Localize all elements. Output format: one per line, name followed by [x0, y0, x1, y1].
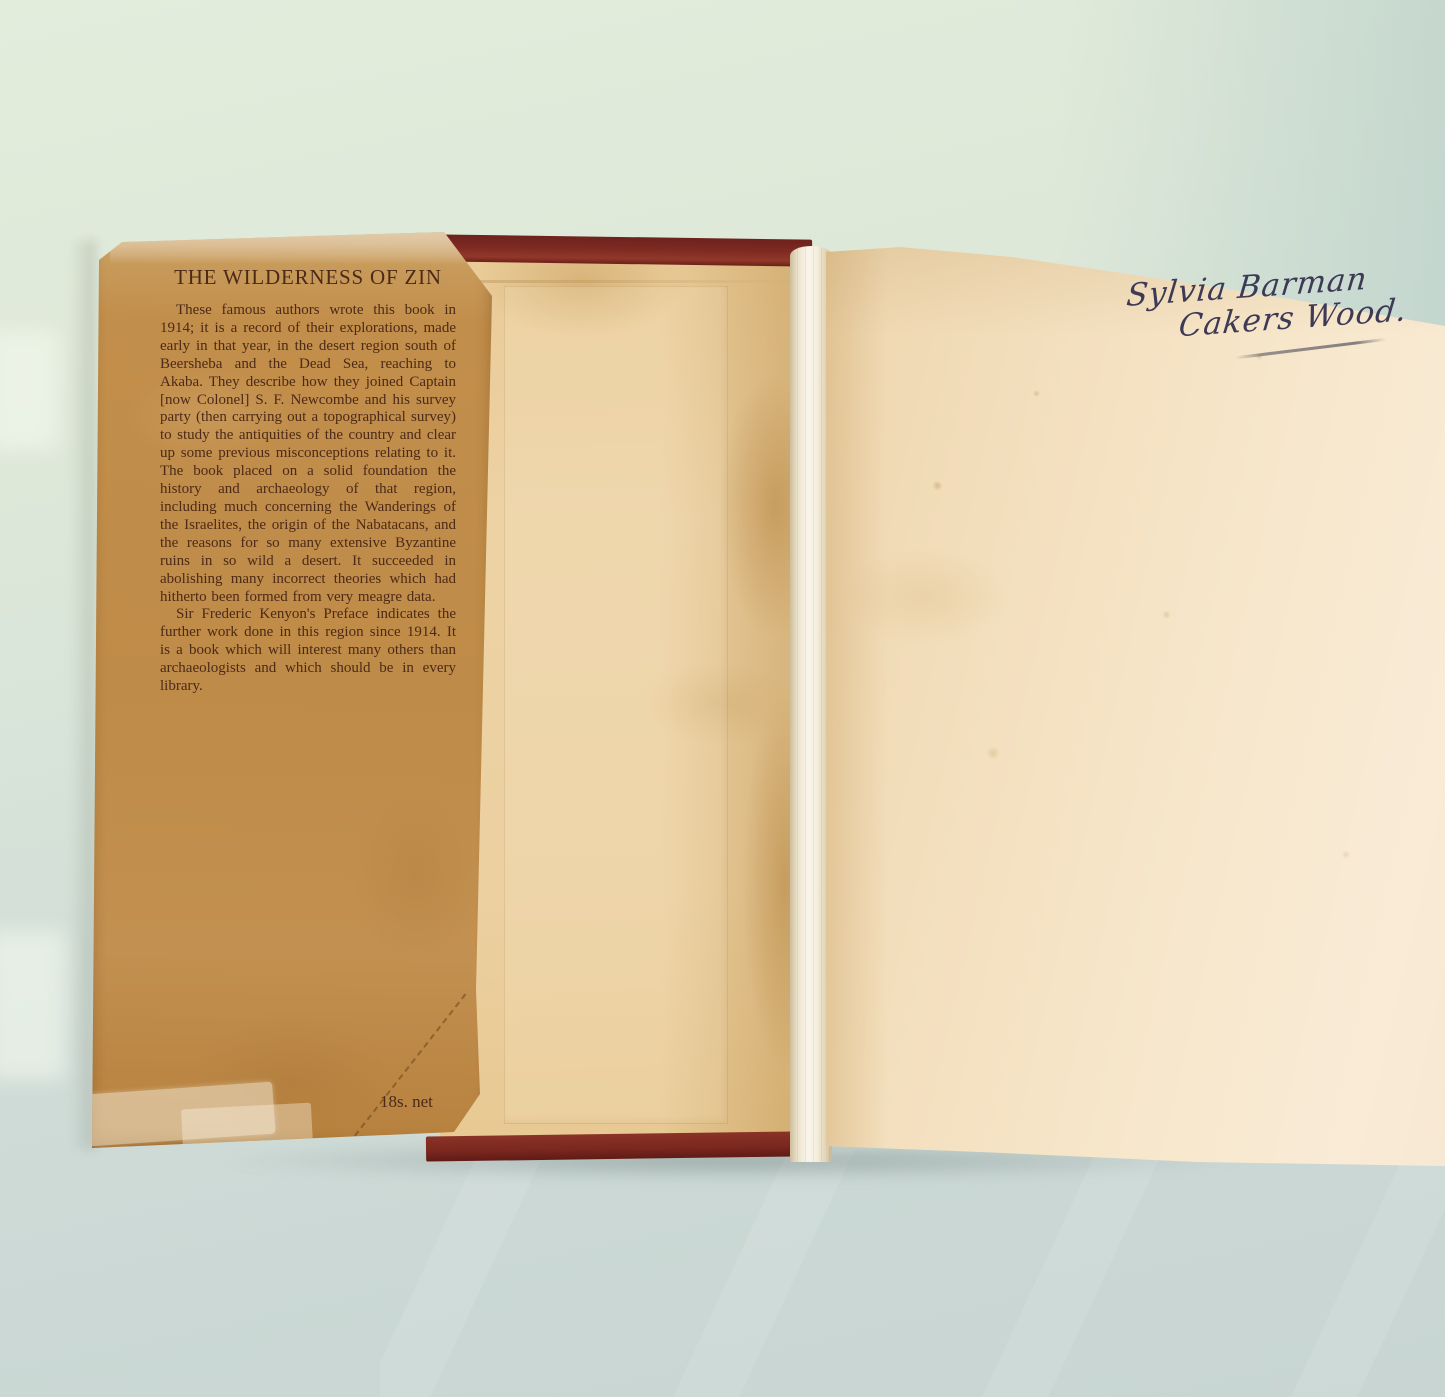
flap-text-block: THE WILDERNESS OF ZIN These famous autho… [160, 264, 456, 696]
flap-title: THE WILDERNESS OF ZIN [160, 264, 456, 290]
front-cover-top-edge [432, 234, 812, 266]
table-reflection [0, 930, 66, 1080]
flap-blurb-paragraph-2: Sir Frederic Kenyon's Preface indicates … [160, 606, 456, 696]
flap-fold-line [348, 994, 467, 1145]
jacket-turn-in-impression [504, 286, 728, 1124]
table-reflection [0, 330, 58, 450]
page-gutter [790, 246, 832, 1162]
flap-blurb-paragraph-1: These famous authors wrote this book in … [160, 302, 456, 606]
front-cover-bottom-edge [426, 1131, 796, 1161]
book-shadow [70, 240, 96, 1150]
dust-jacket-flap: THE WILDERNESS OF ZIN These famous autho… [86, 230, 498, 1154]
endpaper-crease [440, 280, 796, 283]
front-endpaper [440, 254, 796, 1152]
tape-strip-top [110, 230, 498, 264]
flyleaf-page [826, 246, 1445, 1168]
flap-price: 18s. net [380, 1092, 433, 1112]
tape-strip-bottom-small [181, 1103, 313, 1152]
photo-scene: Sylvia Barman Cakers Wood. THE WILDERNES… [0, 0, 1445, 1397]
page-edges [790, 246, 832, 1162]
